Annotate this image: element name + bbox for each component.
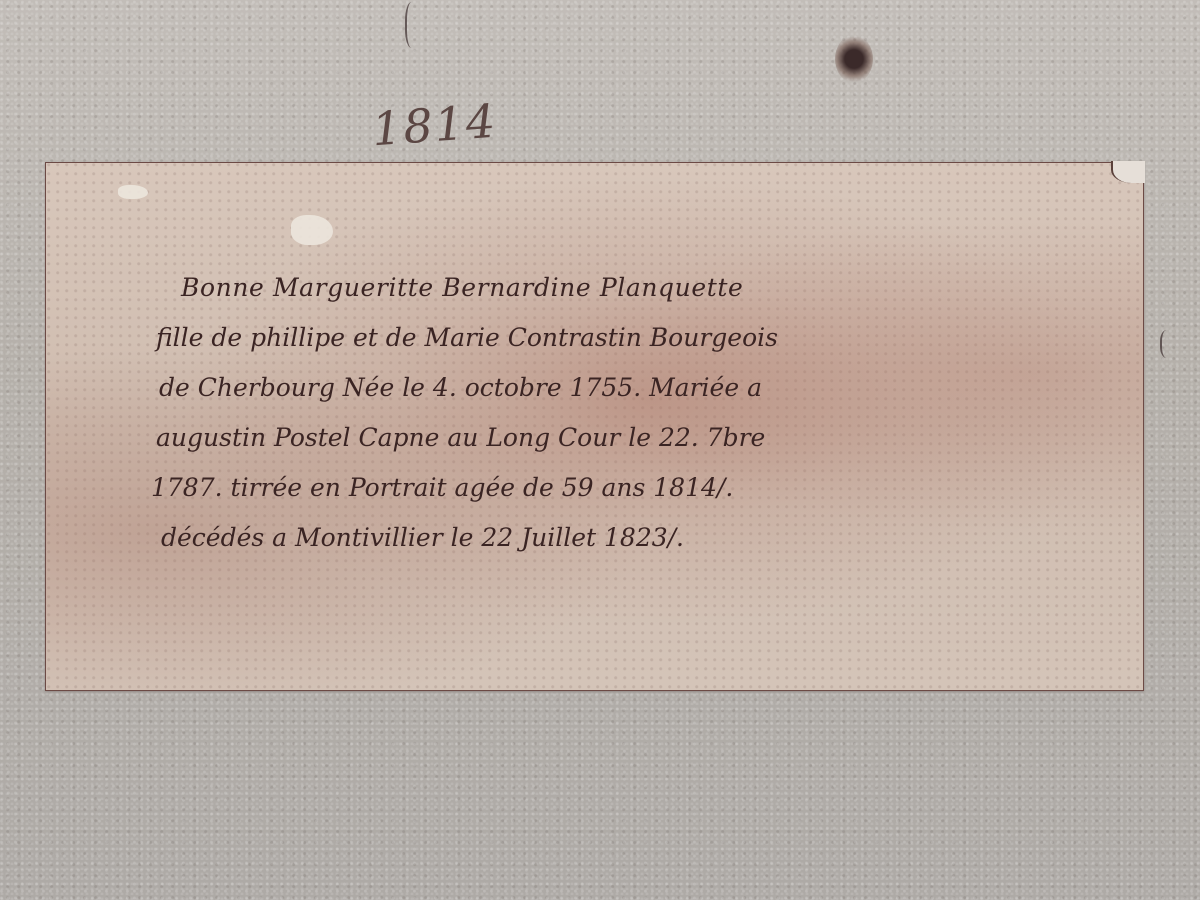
ink-stain (835, 35, 873, 83)
paper-damage (118, 185, 148, 199)
inscription-line: Bonne Marguerittе Bernardine Planquette (181, 263, 1051, 313)
inscription-line: fille de phillipe et de Marie Contrastin… (156, 313, 1051, 363)
pencil-scribble (1160, 330, 1176, 358)
year-mark: 1814 (370, 94, 499, 157)
inscription-line: 1787. tirrée en Portrait agée de 59 ans … (151, 463, 1051, 513)
inscription-line: de Cherbourg Née le 4. octobre 1755. Mar… (159, 363, 1051, 413)
torn-corner (1111, 161, 1145, 183)
inscription-line: décédés a Montivillier le 22 Juillet 182… (161, 513, 1051, 563)
inscription-line: augustin Postel Capne au Long Cour le 22… (156, 413, 1051, 463)
inscription-text: Bonne Marguerittе Bernardine Planquette … (151, 263, 1051, 563)
handwritten-label: Bonne Marguerittе Bernardine Planquette … (45, 162, 1144, 691)
paper-damage (291, 215, 333, 245)
pencil-scribble (405, 2, 421, 48)
